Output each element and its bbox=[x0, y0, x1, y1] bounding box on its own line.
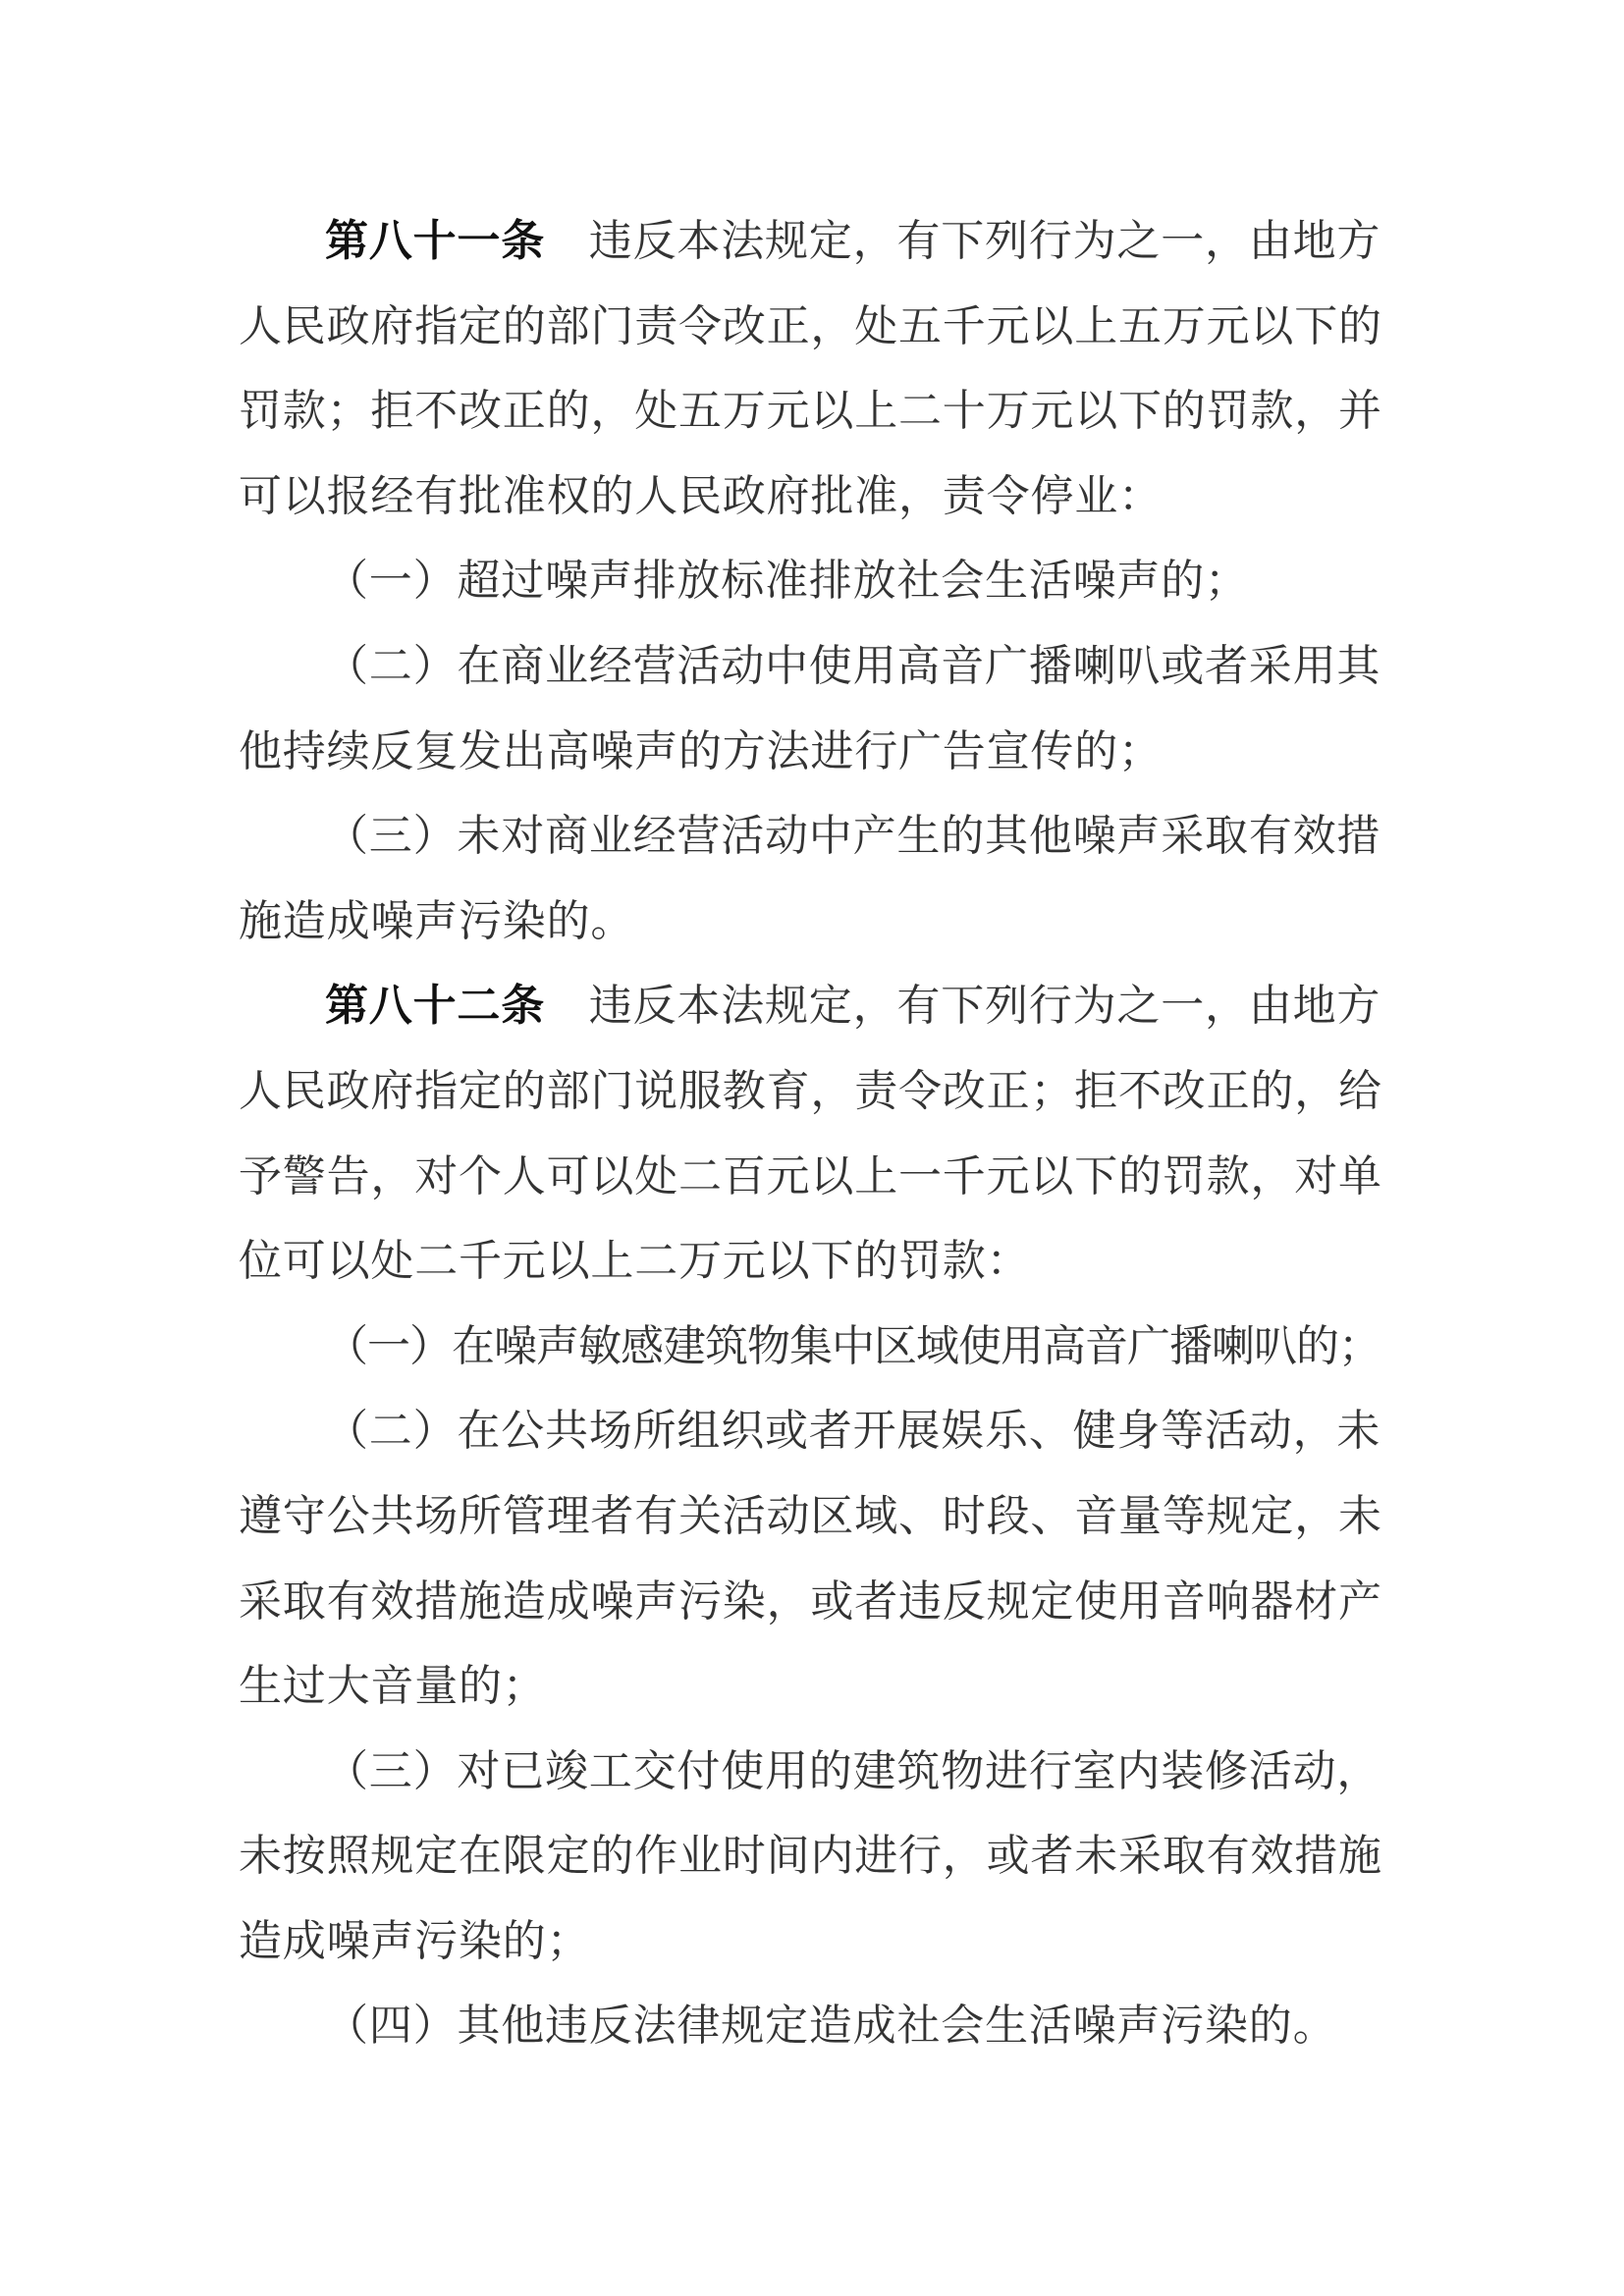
text-line: 予警告，对个人可以处二百元以上一千元以下的罚款，对单 bbox=[239, 1135, 1381, 1220]
line-text: （一）超过噪声排放标准排放社会生活噪声的； bbox=[325, 557, 1249, 605]
document-page: 第八十一条 违反本法规定，有下列行为之一，由地方人民政府指定的部门责令改正，处五… bbox=[0, 0, 1624, 2296]
text-line: 遵守公共场所管理者有关活动区域、时段、音量等规定，未 bbox=[239, 1474, 1381, 1560]
line-text: （二）在商业经营活动中使用高音广播喇叭或者采用其 bbox=[325, 642, 1380, 690]
text-line: 人民政府指定的部门说服教育，责令改正；拒不改正的，给 bbox=[239, 1049, 1381, 1135]
text-line: 人民政府指定的部门责令改正，处五千元以上五万元以下的 bbox=[239, 285, 1381, 370]
text-line: 采取有效措施造成噪声污染，或者违反规定使用音响器材产 bbox=[239, 1560, 1381, 1645]
text-line: （二）在商业经营活动中使用高音广播喇叭或者采用其 bbox=[239, 624, 1381, 710]
line-text: （三）未对商业经营活动中产生的其他噪声采取有效措 bbox=[325, 812, 1380, 860]
text-line: 他持续反复发出高噪声的方法进行广告宣传的； bbox=[239, 710, 1381, 795]
line-text: 位可以处二千元以上二万元以下的罚款： bbox=[239, 1237, 1030, 1285]
line-text: （四）其他违反法律规定造成社会生活噪声污染的。 bbox=[325, 2002, 1336, 2050]
line-text: 施造成噪声污染的。 bbox=[239, 897, 634, 945]
line-text: （一）在噪声敏感建筑物集中区域使用高音广播喇叭的； bbox=[325, 1322, 1380, 1370]
document-body: 第八十一条 违反本法规定，有下列行为之一，由地方人民政府指定的部门责令改正，处五… bbox=[239, 199, 1381, 2069]
article-number: 第八十二条 bbox=[325, 982, 545, 1030]
text-line: （一）超过噪声排放标准排放社会生活噪声的； bbox=[239, 539, 1381, 624]
text-line: 第八十二条 违反本法规定，有下列行为之一，由地方 bbox=[239, 964, 1381, 1049]
text-line: 造成噪声污染的； bbox=[239, 1899, 1381, 1985]
text-line: 位可以处二千元以上二万元以下的罚款： bbox=[239, 1219, 1381, 1305]
text-line: （一）在噪声敏感建筑物集中区域使用高音广播喇叭的； bbox=[239, 1305, 1381, 1390]
line-text: 罚款；拒不改正的，处五万元以上二十万元以下的罚款，并 bbox=[239, 387, 1382, 435]
text-line: 第八十一条 违反本法规定，有下列行为之一，由地方 bbox=[239, 199, 1381, 285]
line-text: 可以报经有批准权的人民政府批准，责令停业： bbox=[239, 472, 1163, 520]
line-text: 予警告，对个人可以处二百元以上一千元以下的罚款，对单 bbox=[239, 1152, 1382, 1201]
line-text: 违反本法规定，有下列行为之一，由地方 bbox=[545, 982, 1380, 1030]
line-text: 未按照规定在限定的作业时间内进行，或者未采取有效措施 bbox=[239, 1832, 1382, 1880]
text-line: （三）未对商业经营活动中产生的其他噪声采取有效措 bbox=[239, 794, 1381, 880]
text-line: （三）对已竣工交付使用的建筑物进行室内装修活动， bbox=[239, 1730, 1381, 1815]
line-text: （三）对已竣工交付使用的建筑物进行室内装修活动， bbox=[325, 1747, 1380, 1795]
article-number: 第八十一条 bbox=[325, 217, 545, 265]
text-line: 生过大音量的； bbox=[239, 1644, 1381, 1730]
line-text: 遵守公共场所管理者有关活动区域、时段、音量等规定，未 bbox=[239, 1492, 1382, 1540]
line-text: 采取有效措施造成噪声污染，或者违反规定使用音响器材产 bbox=[239, 1577, 1382, 1626]
text-line: 罚款；拒不改正的，处五万元以上二十万元以下的罚款，并 bbox=[239, 369, 1381, 454]
text-line: 可以报经有批准权的人民政府批准，责令停业： bbox=[239, 454, 1381, 540]
line-text: 人民政府指定的部门说服教育，责令改正；拒不改正的，给 bbox=[239, 1067, 1382, 1115]
text-line: （二）在公共场所组织或者开展娱乐、健身等活动，未 bbox=[239, 1389, 1381, 1474]
text-line: 施造成噪声污染的。 bbox=[239, 880, 1381, 965]
line-text: 生过大音量的； bbox=[239, 1662, 547, 1710]
line-text: 他持续反复发出高噪声的方法进行广告宣传的； bbox=[239, 727, 1163, 775]
line-text: 违反本法规定，有下列行为之一，由地方 bbox=[545, 217, 1380, 265]
text-line: （四）其他违反法律规定造成社会生活噪声污染的。 bbox=[239, 1984, 1381, 2069]
line-text: 人民政府指定的部门责令改正，处五千元以上五万元以下的 bbox=[239, 302, 1382, 350]
text-line: 未按照规定在限定的作业时间内进行，或者未采取有效措施 bbox=[239, 1814, 1381, 1899]
line-text: （二）在公共场所组织或者开展娱乐、健身等活动，未 bbox=[325, 1407, 1380, 1455]
line-text: 造成噪声污染的； bbox=[239, 1917, 590, 1965]
